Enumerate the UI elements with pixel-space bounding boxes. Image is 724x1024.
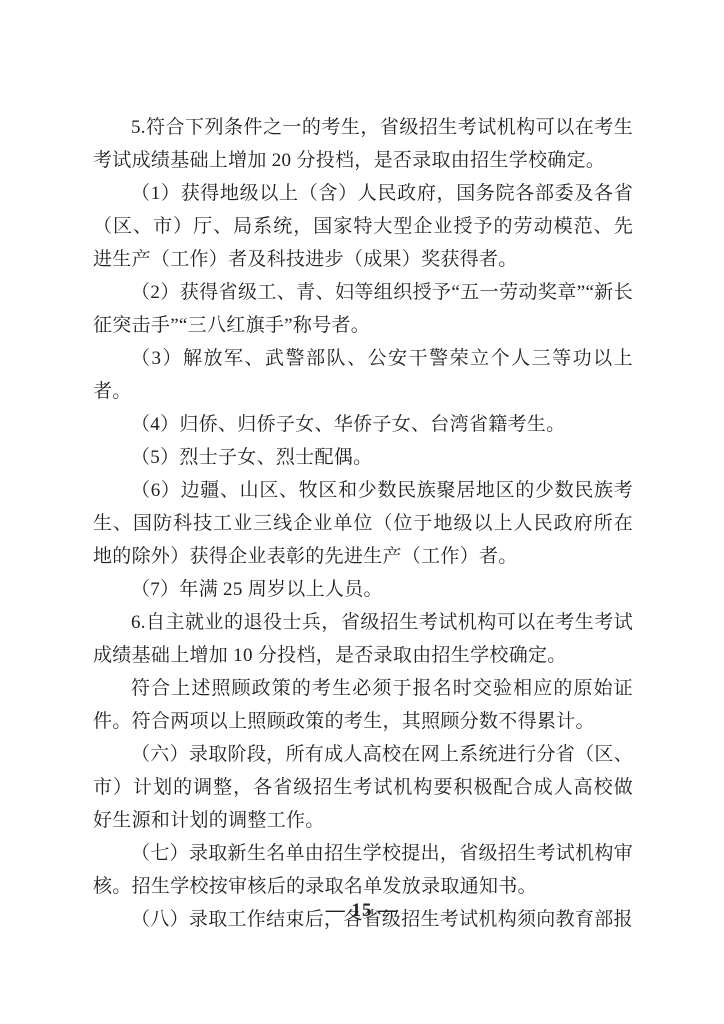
paragraph: （4）归侨、归侨子女、华侨子女、台湾省籍考生。 bbox=[93, 408, 633, 441]
paragraph: （2）获得省级工、青、妇等组织授予“五一劳动奖章”“新长征突击手”“三八红旗手”… bbox=[93, 276, 633, 342]
document-body: 5.符合下列条件之一的考生，省级招生考试机构可以在考生考试成绩基础上增加 20 … bbox=[93, 111, 633, 936]
paragraph: 5.符合下列条件之一的考生，省级招生考试机构可以在考生考试成绩基础上增加 20 … bbox=[93, 111, 633, 177]
paragraph: （六）录取阶段，所有成人高校在网上系统进行分省（区、市）计划的调整，各省级招生考… bbox=[93, 738, 633, 837]
paragraph: （七）录取新生名单由招生学校提出，省级招生考试机构审核。招生学校按审核后的录取名… bbox=[93, 837, 633, 903]
page-number: — 15 — bbox=[326, 900, 399, 921]
paragraph: （5）烈士子女、烈士配偶。 bbox=[93, 441, 633, 474]
paragraph: （7）年满 25 周岁以上人员。 bbox=[93, 573, 633, 606]
paragraph: （3）解放军、武警部队、公安干警荣立个人三等功以上者。 bbox=[93, 342, 633, 408]
paragraph: 6.自主就业的退役士兵，省级招生考试机构可以在考生考试成绩基础上增加 10 分投… bbox=[93, 606, 633, 672]
paragraph: 符合上述照顾政策的考生必须于报名时交验相应的原始证件。符合两项以上照顾政策的考生… bbox=[93, 672, 633, 738]
page-footer: — 15 — bbox=[0, 899, 724, 923]
document-page: 5.符合下列条件之一的考生，省级招生考试机构可以在考生考试成绩基础上增加 20 … bbox=[0, 0, 724, 1024]
paragraph: （1）获得地级以上（含）人民政府，国务院各部委及各省（区、市）厅、局系统，国家特… bbox=[93, 177, 633, 276]
paragraph: （6）边疆、山区、牧区和少数民族聚居地区的少数民族考生、国防科技工业三线企业单位… bbox=[93, 474, 633, 573]
